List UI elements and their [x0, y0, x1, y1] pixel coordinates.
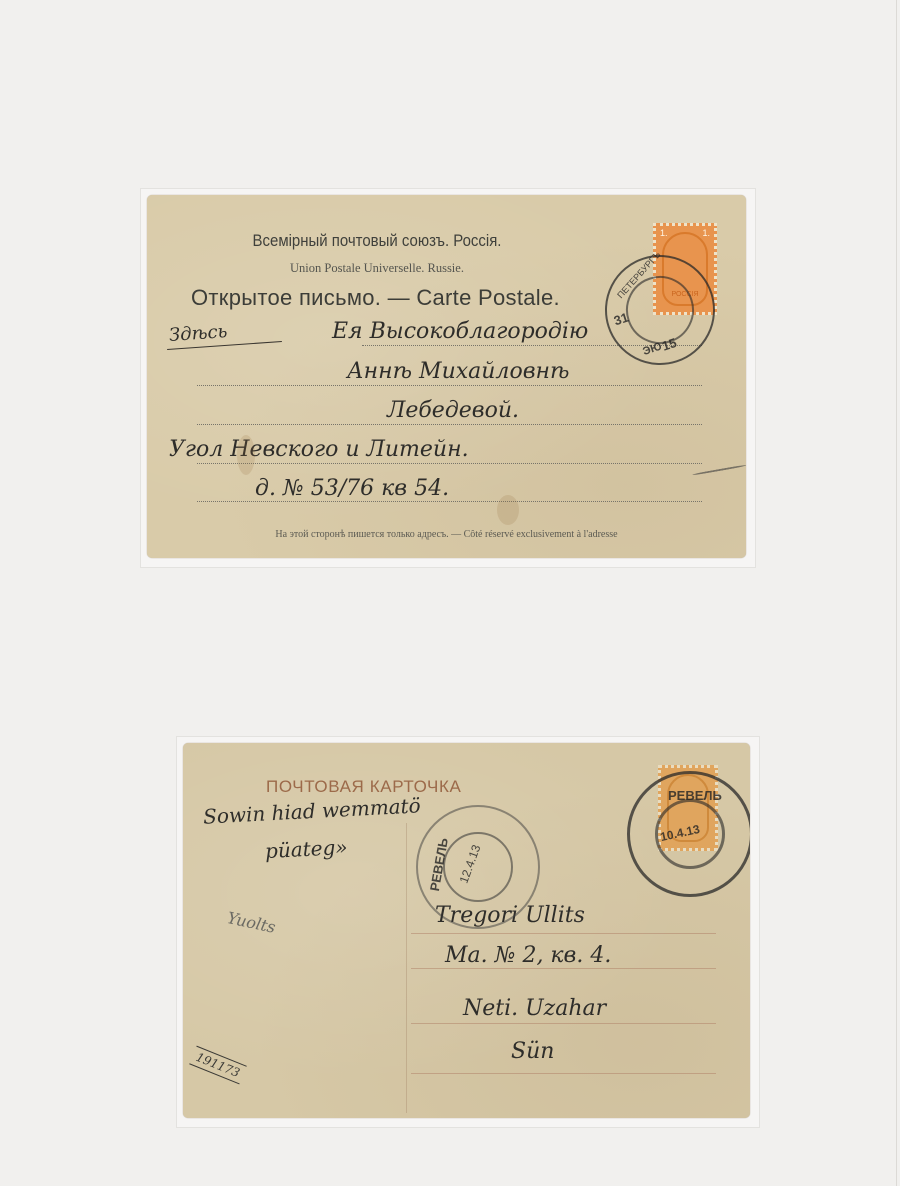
pencil-note: Yuolts	[226, 908, 278, 937]
postmark-reval-left: РЕВЕЛЬ 12.4.13	[416, 805, 540, 929]
address-rule-3	[411, 1023, 716, 1024]
handwritten-margin-note: Здѣсь	[168, 321, 228, 346]
handwritten-address-line-5: д. № 53/76 кв 54.	[255, 476, 449, 501]
message-address-divider	[406, 823, 407, 1113]
address-line-2	[197, 385, 702, 386]
address-line-3	[197, 424, 702, 425]
handwritten-message-line-2: püateg»	[264, 835, 348, 863]
handwritten-address-line-4: Sün	[511, 1039, 554, 1064]
address-line-4	[197, 463, 702, 464]
handwritten-address-line-3: Лебедевой.	[387, 398, 519, 423]
handwritten-address-line-3: Neti. Uzahar	[463, 996, 606, 1021]
upu-header-russian: Всемірный почтовый союзъ. Россія.	[175, 231, 580, 251]
postcard-title: Открытое письмо. — Carte Postale.	[191, 285, 560, 311]
address-rule-1	[411, 933, 716, 934]
stamp-value-right: 1.	[702, 228, 710, 238]
address-rule-2	[411, 968, 716, 969]
handwritten-address-line-1: Ея Высокоблагородію	[332, 319, 588, 344]
postcard-pochtovaya-kartochka: ПОЧТОВАЯ КАРТОЧКА Sowin hiad wemmatö püa…	[183, 743, 750, 1118]
stamp-value-left: 1.	[660, 228, 668, 238]
postmark-city: РЕВЕЛЬ	[668, 788, 722, 803]
stray-ink-stroke	[692, 464, 746, 476]
postmark-fragment: ЭЮ	[641, 341, 663, 358]
address-line-5	[197, 501, 702, 502]
postmark-reval-right: РЕВЕЛЬ 10.4.13	[627, 771, 750, 897]
handwritten-message-line-1: Sowin hiad wemmatö	[203, 793, 422, 828]
foxing-stain	[497, 495, 519, 525]
album-page-edge	[896, 0, 897, 1186]
upu-header-french: Union Postale Universelle. Russie.	[147, 261, 607, 276]
address-rule-4	[411, 1073, 716, 1074]
handwritten-address-line-2: Аннѣ Михайловнѣ	[347, 359, 569, 384]
handwritten-address-line-4: Угол Невского и Литейн.	[169, 437, 469, 462]
postcard-title: ПОЧТОВАЯ КАРТОЧКА	[266, 777, 461, 797]
address-side-notice: На этой сторонѣ пишется только адресъ. —…	[147, 529, 746, 540]
pencil-catalog-number: 191173	[189, 1046, 246, 1085]
foxing-stain	[237, 435, 255, 475]
postcard-russia-carte-postale: Всемірный почтовый союзъ. Россія. Union …	[147, 195, 746, 558]
postmark-inner-ring	[443, 832, 513, 902]
handwritten-address-line-2: Ma. № 2, кв. 4.	[445, 943, 611, 968]
